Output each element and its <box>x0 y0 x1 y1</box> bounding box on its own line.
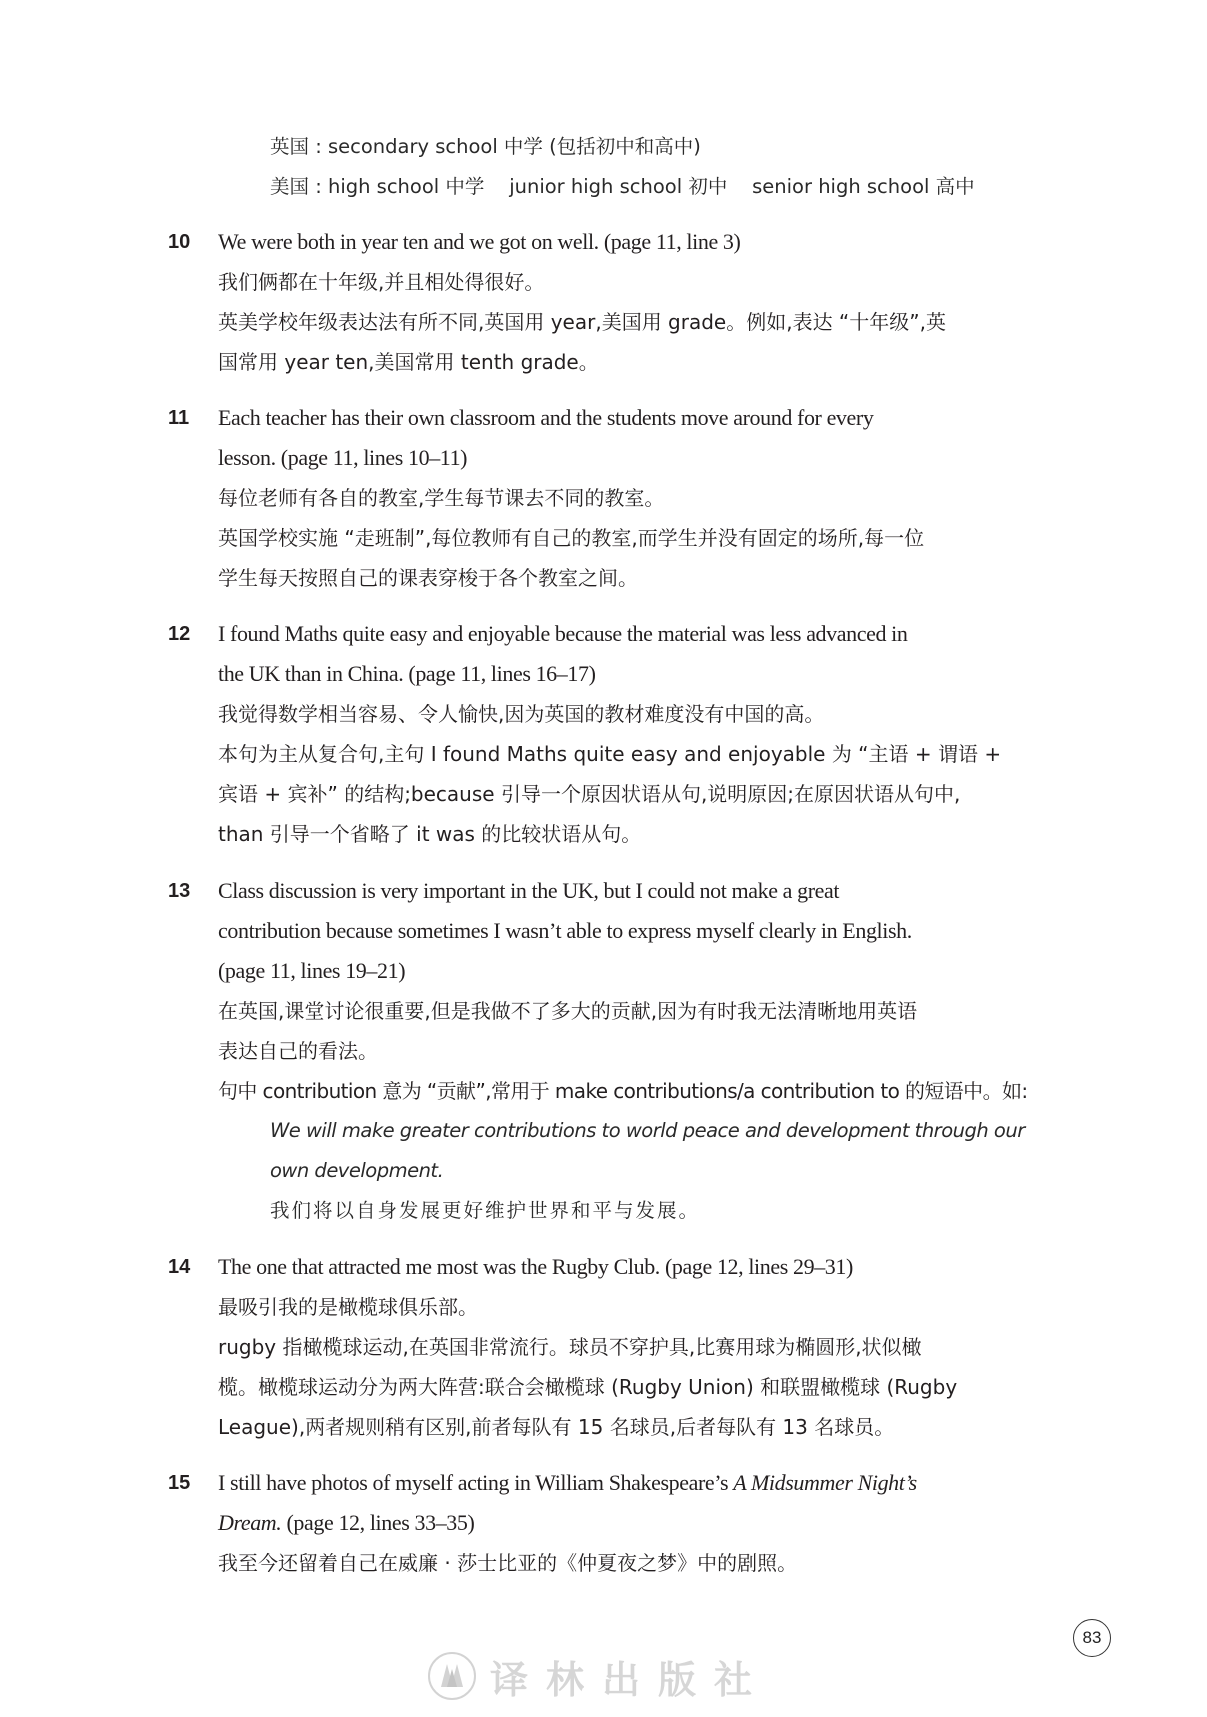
play-title: Dream. <box>218 1510 281 1535</box>
intro-us-line: 美国 : high school 中学 junior high school 初… <box>270 172 975 202</box>
item-note: rugby 指橄榄球运动,在英国非常流行。球员不穿护具,比赛用球为椭圆形,状似橄 <box>218 1332 922 1362</box>
item-translation: 最吸引我的是橄榄球俱乐部。 <box>218 1292 478 1322</box>
item-note: 英美学校年级表达法有所不同,英国用 year,美国用 grade。例如,表达 “… <box>218 307 946 337</box>
item-english: I found Maths quite easy and enjoyable b… <box>218 619 907 649</box>
example-english: We will make greater contributions to wo… <box>270 1116 1025 1146</box>
item-note: than 引导一个省略了 it was 的比较状语从句。 <box>218 819 641 849</box>
item-note: 国常用 year ten,美国常用 tenth grade。 <box>218 347 599 377</box>
item-english: The one that attracted me most was the R… <box>218 1252 853 1282</box>
play-title: A Midsummer Night’s <box>733 1470 917 1495</box>
item-note: 英国学校实施 “走班制”,每位教师有自己的教室,而学生并没有固定的场所,每一位 <box>218 523 924 553</box>
item-english: I still have photos of myself acting in … <box>218 1468 917 1498</box>
item-note: 句中 contribution 意为 “贡献”,常用于 make contrib… <box>218 1076 1028 1106</box>
item-number: 13 <box>168 876 190 906</box>
item-number: 12 <box>168 619 190 649</box>
item-english-plain: I still have photos of myself acting in … <box>218 1470 733 1495</box>
publisher-name: 译林出版社 <box>490 1649 770 1704</box>
example-chinese: 我们将以自身发展更好维护世界和平与发展。 <box>270 1196 700 1226</box>
item-note: 宾语 + 宾补” 的结构;because 引导一个原因状语从句,说明原因;在原因… <box>218 779 960 809</box>
item-english: the UK than in China. (page 11, lines 16… <box>218 659 596 689</box>
item-english: lesson. (page 11, lines 10–11) <box>218 443 467 473</box>
intro-uk-line: 英国 : secondary school 中学 (包括初中和高中) <box>270 132 701 162</box>
item-english: Dream. (page 12, lines 33–35) <box>218 1508 474 1538</box>
item-note: 本句为主从复合句,主句 I found Maths quite easy and… <box>218 739 1001 769</box>
item-translation: 我至今还留着自己在威廉 · 莎士比亚的《仲夏夜之梦》中的剧照。 <box>218 1548 797 1578</box>
example-english: own development. <box>270 1156 443 1186</box>
publisher-watermark: 译林出版社 <box>428 1648 770 1704</box>
textbook-page: 英国 : secondary school 中学 (包括初中和高中) 美国 : … <box>0 0 1207 1717</box>
item-number: 10 <box>168 227 190 257</box>
item-translation: 每位老师有各自的教室,学生每节课去不同的教室。 <box>218 483 664 513</box>
item-note: League),两者规则稍有区别,前者每队有 15 名球员,后者每队有 13 名… <box>218 1412 894 1442</box>
item-english: Each teacher has their own classroom and… <box>218 403 873 433</box>
item-number: 15 <box>168 1468 190 1498</box>
item-english-plain: (page 12, lines 33–35) <box>281 1510 474 1535</box>
item-english: contribution because sometimes I wasn’t … <box>218 916 912 946</box>
item-number: 11 <box>168 403 189 433</box>
item-number: 14 <box>168 1252 190 1282</box>
item-translation: 表达自己的看法。 <box>218 1036 378 1066</box>
item-note: 榄。橄榄球运动分为两大阵营:联合会橄榄球 (Rugby Union) 和联盟橄榄… <box>218 1372 957 1402</box>
tree-logo-icon <box>428 1652 476 1700</box>
item-english: (page 11, lines 19–21) <box>218 956 405 986</box>
item-translation: 我觉得数学相当容易、令人愉快,因为英国的教材难度没有中国的高。 <box>218 699 824 729</box>
item-translation: 在英国,课堂讨论很重要,但是我做不了多大的贡献,因为有时我无法清晰地用英语 <box>218 996 917 1026</box>
item-translation: 我们俩都在十年级,并且相处得很好。 <box>218 267 544 297</box>
item-note: 学生每天按照自己的课表穿梭于各个教室之间。 <box>218 563 638 593</box>
item-english: We were both in year ten and we got on w… <box>218 227 740 257</box>
page-number: 83 <box>1073 1619 1111 1657</box>
item-english: Class discussion is very important in th… <box>218 876 839 906</box>
